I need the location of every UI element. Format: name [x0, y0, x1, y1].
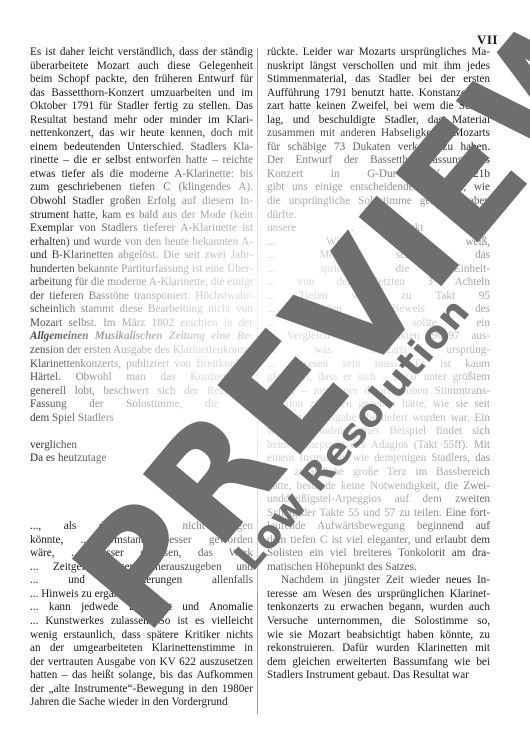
text-line: ... Hinweis zu ergänzen. — [30, 588, 253, 602]
text-line: der ersten Ausgabe überliefert worden wa… — [267, 412, 490, 426]
text-line — [30, 425, 253, 439]
text-line: matischen Höhepunkt des Satzes. — [267, 561, 490, 575]
text-line: hatten – das heißt solange, bis das Aufk… — [30, 669, 253, 683]
text-line: zum geschriebenen tiefen C (klingendes A… — [30, 181, 253, 195]
text-line: Stimmenmaterial, das Stadler bei der ers… — [267, 73, 490, 87]
text-line — [30, 493, 253, 507]
text-line: ... und Veränderungen allenfalls — [30, 574, 253, 588]
text-line: Allgemeinen Musikalischen Zeitung eine R… — [30, 330, 253, 344]
text-line: generell lobt, beschwert sich der Rezens… — [30, 385, 253, 399]
right-text-column: rückte. Leider war Mozarts ursprüngliche… — [267, 46, 490, 683]
text-line: Exemplar von Stadlers tieferer A-Klarine… — [30, 222, 253, 236]
text-line: Aufführung 1791 benutzt hatte. Konstanze… — [267, 87, 490, 101]
text-line: der „alte Instrumente“-Bewegung in den 1… — [30, 683, 253, 697]
text-line: dem gleichen erweiterten Bassumfang wie … — [267, 656, 490, 670]
text-line: Es ist daher leicht verständlich, dass d… — [30, 46, 253, 60]
text-line: Mozart selbst. Im März 1802 erschien in … — [30, 317, 253, 331]
text-line: ... Kunstwerkes zulassen. So ist es viel… — [30, 615, 253, 629]
text-line: tenkonzerts zu erwachen begann, wurden a… — [267, 601, 490, 615]
text-line: beim Höhepunkt des Adagios (Takt 55ff). … — [267, 439, 490, 453]
text-line: Stadlers Instrument gebaut. Das Resultat… — [267, 669, 490, 683]
text-line: unddreißigstel-Arpeggios auf dem zweiten — [267, 493, 490, 507]
text-line: Der Entwurf der Bassetthorn-Fassung des — [267, 154, 490, 168]
text-line: Resultat bestand mehr oder minder im Kla… — [30, 114, 253, 128]
text-line: nuskript längst verschollen und mit ihm … — [267, 60, 490, 74]
text-line: dem Spiel Stadlers — [30, 412, 253, 426]
text-line: dürfte. ... haben — [267, 209, 490, 223]
text-line: zusammen mit anderen Habseligkeiten Moza… — [267, 127, 490, 141]
text-line: ..., als dass man nicht sagen — [30, 520, 253, 534]
text-line: Nachdem in jüngster Zeit wieder neues In… — [267, 574, 490, 588]
text-line: hunderten bekannte Partiturfassung ist e… — [30, 263, 253, 277]
text-line: ... den Beweis des — [267, 303, 490, 317]
text-line: teresse am Wesen des ursprünglichen Klar… — [267, 588, 490, 602]
text-line: etwas tiefer als die moderne A-Klarinett… — [30, 168, 253, 182]
text-line: ... von den letzten 3 Achteln — [267, 276, 490, 290]
text-line: ... Instrumentes sollte ein — [267, 317, 490, 331]
text-line: die ursprüngliche Solostimme gelautet ha… — [267, 195, 490, 209]
text-line: rückte. Leider war Mozarts ursprüngliche… — [267, 46, 490, 60]
text-line: ... Tiefen schon zu Takt 95 — [267, 290, 490, 304]
left-text-column: Es ist daher leicht verständlich, dass d… — [30, 46, 253, 710]
text-line: Solisten ein viel breiteres Tonkolorit a… — [267, 547, 490, 561]
text-line: laufende Aufwärtsbewegung beginnend auf — [267, 520, 490, 534]
text-line: überarbeitete Mozart auch diese Gelegenh… — [30, 60, 253, 74]
text-line: verglichen — [30, 439, 253, 453]
text-line: unsere ... Takt 94– — [267, 222, 490, 236]
text-line: nettenkonzert, das wir heute kennen, doc… — [30, 127, 253, 141]
text-line: ... Mozart schrieb, das — [267, 249, 490, 263]
text-line: hatte, bestände keine Notwendigkeit, die… — [267, 480, 490, 494]
text-line: zart hatte keinen Zweifel, bei wem die S… — [267, 100, 490, 114]
text-line: ... was Mozarts ursprüng- — [267, 344, 490, 358]
text-line — [30, 507, 253, 521]
text-line: einem Instrument wie demjenigen Stadlers… — [267, 452, 490, 466]
text-line: ... gewesen sein muss. Es ist kaum — [267, 358, 490, 372]
text-line: und B-Klarinetten abgelöst. Die seit zwe… — [30, 249, 253, 263]
text-line: ... kann jedwede Eigenheit und Anomalie — [30, 601, 253, 615]
text-line: ... Zeitgeist folgend herauszugeben und — [30, 561, 253, 575]
text-line: rinette – die er selbst entworfen hatte … — [30, 154, 253, 168]
text-line: strument hatte, kam es bald aus der Mode… — [30, 209, 253, 223]
text-line: erhalten) und wurde von den heute bekann… — [30, 236, 253, 250]
text-line: das Bassetthorn-Konzert umzuarbeiten und… — [30, 87, 253, 101]
text-line: Druck – mit einer derart groben Stimmtra… — [267, 385, 490, 399]
text-line: ... Vergleich ... den Takten 96–97 aus- — [267, 330, 490, 344]
text-line: Oktober 1791 für Stadler fertig zu stell… — [30, 100, 253, 114]
text-line: scheinlich stammt diese Bearbeitung nich… — [30, 303, 253, 317]
text-line: für schäbige 73 Dukaten verkauft zu habe… — [267, 141, 490, 155]
text-line: ... Wie man weiß, — [267, 236, 490, 250]
text-line: dem tiefen C ist viel eleganter, und erl… — [267, 534, 490, 548]
text-line: Fassung der Solostimme, die im — [30, 398, 253, 412]
text-line: an der umgearbeiteten Klarinettenstimme … — [30, 642, 253, 656]
text-line: könnte, ... Umstand besser geworden — [30, 534, 253, 548]
text-line: der tieferen Basstöne transponiert. Höch… — [30, 290, 253, 304]
text-line: Obwohl Stadler großen Erfolg auf diesem … — [30, 195, 253, 209]
text-line: wenig erstaunlich, dass spätere Kritiker… — [30, 629, 253, 643]
text-line — [30, 466, 253, 480]
text-line: zension der ersten Ausgabe des Klarinett… — [30, 344, 253, 358]
text-line: gibt uns einige entscheidende Hinweise, … — [267, 181, 490, 195]
text-line: Klarinettenkonzerts, publiziert von Brei… — [30, 358, 253, 372]
text-line: lag, und beschuldigte Stadler, das Mater… — [267, 114, 490, 128]
column-divider — [257, 48, 258, 714]
text-line: wie sie Mozart beabsichtigt haben könnte… — [267, 629, 490, 643]
text-line: Schlag der Takte 55 und 57 zu teilen. Ei… — [267, 507, 490, 521]
text-line: Jahren die Sache wieder in den Vordergru… — [30, 696, 253, 710]
text-line: glaubhaft, dass er sich – sogar unter gr… — [267, 371, 490, 385]
text-line: arbeitung für die moderne A-Klarinette, … — [30, 276, 253, 290]
text-line: Da es heutzutage — [30, 452, 253, 466]
text-line — [30, 480, 253, 494]
text-line: eine zusätzliche große Terz im Bassberei… — [267, 466, 490, 480]
text-line: weiteres eindrückliches Beispiel findet … — [267, 425, 490, 439]
text-line: Konzert in G-Dur KV 621b — [267, 168, 490, 182]
text-line: Härtel. Obwohl man das Konzert im — [30, 371, 253, 385]
text-line: einem bedeutenden Unterschied. Stadlers … — [30, 141, 253, 155]
text-line: position zufrieden gegeben hätte, wie si… — [267, 398, 490, 412]
text-line: der vertrauten Ausgabe von KV 622 auszus… — [30, 656, 253, 670]
text-line: rekonstruieren. Dafür wurden Klarinetten… — [267, 642, 490, 656]
text-line: ... springt die Einheit- — [267, 263, 490, 277]
text-line: beim Schopf packte, den früheren Entwurf… — [30, 73, 253, 87]
text-line: wäre, ... besser gewesen, das Werk — [30, 547, 253, 561]
text-line: Versuche unternommen, die Solostimme so, — [267, 615, 490, 629]
